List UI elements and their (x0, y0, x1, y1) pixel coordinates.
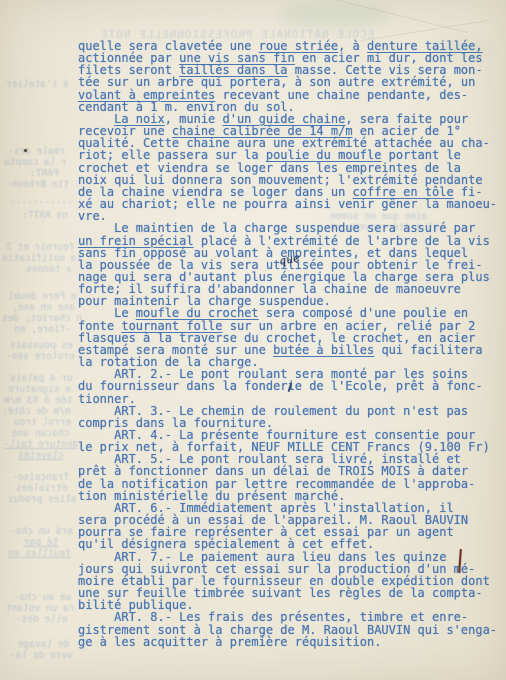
document-line: ge à les acquitter à première réquisitio… (78, 636, 497, 648)
bleedthrough-fragment: ra un volant (6, 604, 75, 614)
crease-line (361, 20, 490, 41)
bleedthrough-fragment: errol trou (14, 418, 71, 428)
bleedthrough-fragment: feuilles en (8, 549, 71, 559)
document-line: xé au chariot; elle ne pourra ainsi veni… (78, 198, 497, 210)
ink-dot (24, 149, 27, 152)
bleedthrough-fragment: tte Brkeon- (6, 180, 69, 190)
bleedthrough-fragment: r la compta (4, 158, 67, 168)
bleedthrough-fragment: étriolées (16, 484, 67, 494)
bleedthrough-fragment: clavetés (18, 451, 64, 461)
bleedthrough-fragment: e signature (8, 385, 71, 395)
bleedthrough-fragment: ará un cha- (10, 527, 73, 537)
bleedthrough-fragment: de lavage (18, 640, 69, 650)
bleedthrough-fragment: ........... (10, 196, 73, 206)
bleedthrough-fragment: té par (24, 538, 58, 548)
document-page: ECOLE NATIONALE PROFESSIONNELLE NOTEà l'… (0, 0, 506, 680)
bleedthrough-fragment: ué au cha- (14, 593, 71, 603)
bleedthrough-fragment: tée à 63 m/m (4, 396, 73, 406)
bleedthrough-fragment: ns RATT: (22, 211, 68, 221)
bleedthrough-fragment: à l'atelier (6, 80, 69, 90)
bleedthrough-fragment: française- (12, 473, 69, 483)
bleedthrough-fragment: uvre de la- (10, 651, 73, 661)
bleedthrough-fragment: la notificatio (2, 254, 82, 264)
bleedthrough-fragment: denture tail- (4, 440, 78, 450)
bleedthrough-fragment: x tonnes (26, 265, 72, 275)
bleedthrough-fragment: chacun une (12, 429, 69, 439)
bleedthrough-fragment: elle des- (16, 615, 67, 625)
bleedthrough-fragment: -fiore, en (14, 325, 71, 335)
crease-line (322, 0, 468, 33)
bleedthrough-fragment: axe en axe, (12, 303, 75, 313)
bleedthrough-fragment: ur 4 palais (10, 374, 73, 384)
bleedthrough-fragment: o Fere doubl (8, 292, 77, 302)
text-block: quelle sera clavetée une roue striée, à … (78, 40, 497, 648)
bleedthrough-fragment: alies produi (8, 495, 77, 505)
bleedthrough-fragment: rmale ars- (8, 147, 65, 157)
bleedthrough-fragment: m/m de côté: (2, 407, 71, 417)
bleedthrough-fragment: es poussais (10, 341, 73, 351)
paper-stain (280, 2, 390, 28)
bleedthrough-fragment: fournir et 2 (6, 243, 75, 253)
bleedthrough-fragment: n chariot; des (2, 314, 82, 324)
bleedthrough-fragment: PART: (30, 169, 59, 179)
bleedthrough-fragment: erolore seo- (6, 352, 75, 362)
